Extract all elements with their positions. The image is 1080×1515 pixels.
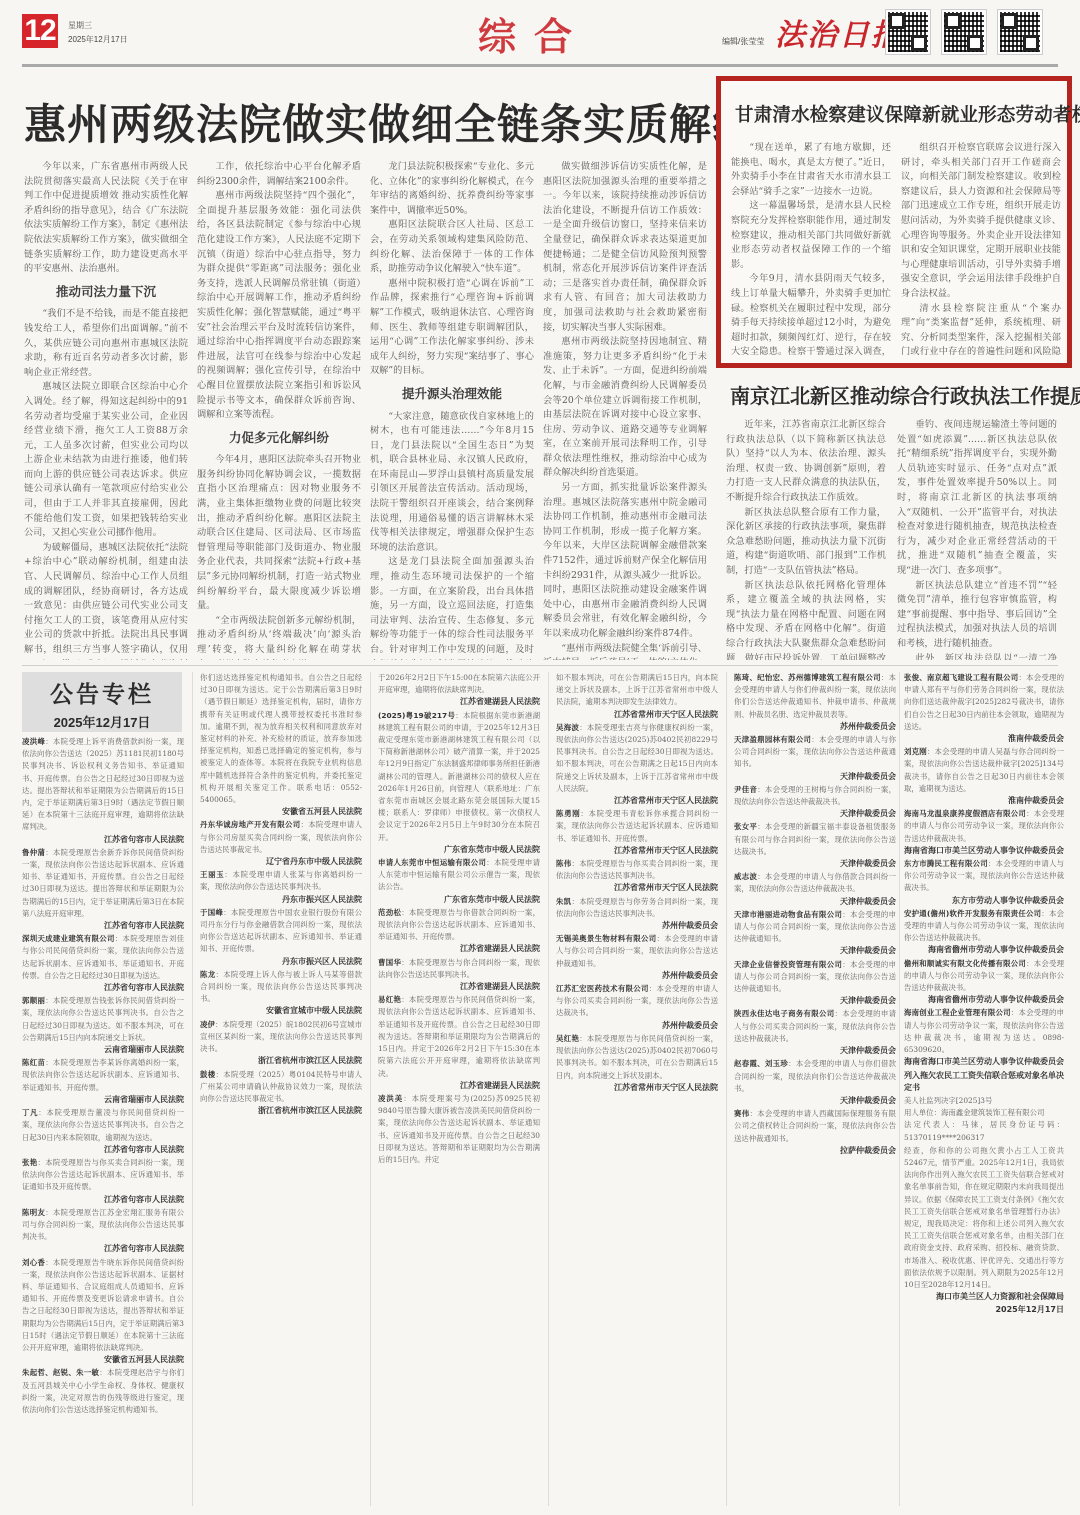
paragraph: 惠州市两级法院坚持因地制宜、精准施策，努力让更多矛盾纠纷“化于未发、止于未诉”。… — [543, 335, 707, 481]
paragraph: 惠阳区法院联合区人社局、区总工会，在劳动关系领域构建集风险防范、纠纷化解、法治保… — [370, 218, 534, 276]
notice-item: 天津盈鼎园林有限公司：本会受理的申请人与你公司合同纠纷一案，现依法向你公告送达仲… — [734, 734, 896, 783]
notice-item: 天津市港丽进动物食品有限公司：本会受理的申请人与你公司合同纠纷一案，现依法向你公… — [734, 909, 896, 958]
page-number: 12 — [22, 14, 58, 48]
notice-addressee: 天津企业信誉投资管理有限公司 — [734, 960, 842, 969]
notice-addressee: 江苏汇宏医药技术有限公司 — [556, 984, 649, 993]
notice-item: 陈伟：本院受理原告与你买卖合同纠纷一案，现依法向你公告送达民事判决书。江苏省常州… — [556, 858, 718, 895]
notice-addressee: 陈琦、纪怡宏、苏州德博建筑工程有限公司 — [734, 673, 881, 682]
notice-body: 本院受理上诉平消费借款纠纷一案，现依法向你公告送达（2025）苏1181民初11… — [22, 737, 184, 831]
notice-body: 美人社监列决字[2025]3号 用人单位：海南鑫金建筑装饰工程有限公司 法定代表… — [904, 1096, 1064, 1142]
notice-body: 本院受理原告钱张诉你民间借贷纠纷一案，现依法向你公告送达民事判决书。自公告之日起… — [22, 996, 184, 1042]
publication-date: 2025年12月17日 — [68, 34, 128, 45]
notice-addressee: 鼓楼 — [200, 1070, 216, 1079]
notice-item: 威志波：本会受理的申请人与你借款合同纠纷一案，现依法向你公告送达仲裁裁决书。天津… — [734, 871, 896, 908]
paragraph: “大家注意，随意砍伐自家林地上的树木，也有可能违法……”今年8月15日，龙门县法… — [370, 410, 534, 556]
notice-item: 凌洪峰：本院受理上诉平消费借款纠纷一案，现依法向你公告送达（2025）苏1181… — [22, 736, 184, 846]
notice-issuer: 天津仲裁委员会 — [734, 896, 896, 908]
notice-addressee: 刘克刚 — [904, 747, 927, 756]
paragraph: 今年以来，广东省惠州市两级人民法院贯彻落实最高人民法院《关于在审判工作中促进提质… — [24, 160, 188, 277]
notice-issuer: 东方市劳动人事争议仲裁委员会 — [904, 895, 1064, 907]
notice-body: 你们送达选择鉴定机构通知书。自公告之日起经过30日即视为送达。定于公告期满后第3… — [200, 673, 362, 804]
notice-issuer: 广东省东莞市中级人民法院 — [378, 894, 540, 906]
editor-credit: 编辑/张莹莹 — [722, 36, 764, 47]
notice-addressee: 天津盈鼎园林有限公司 — [734, 735, 811, 744]
notice-issuer: 拉萨仲裁委员会 — [734, 1145, 896, 1157]
notice-issuer: 丹东市振兴区人民法院 — [200, 894, 362, 906]
notice-issuer: 江苏省常州市天宁区人民法院 — [556, 795, 718, 807]
paragraph: 龙门县法院积极探索“专业化、多元化、立体化”的家事纠纷化解模式，在今年审结的离婚… — [370, 160, 534, 218]
notice-addressee: 凌伊 — [200, 1020, 215, 1029]
paragraph: 新区执法总队整合原有工作力量，深化新区承接的行政执法事项，聚焦群众急难愁盼问题，… — [726, 506, 886, 579]
column-divider — [726, 672, 727, 1506]
notice-item: 范劲松：本院受理原告与你借款合同纠纷一案，现依法向你公告送达起诉状副本、应诉通知… — [378, 907, 540, 956]
notice-body: 本院根据东莞市新港湖林建筑工程有限公司的申请，于2025年12月3日裁定受理东莞… — [378, 711, 540, 842]
notice-addressee: 王丽玉 — [200, 870, 224, 879]
notice-column-title: 公告专栏 — [22, 676, 182, 709]
boxed-story-column-2: 组织召开检察官联席会议进行深入研讨，牵头相关部门召开工作磋商会议，向相关部门制发… — [901, 141, 1061, 361]
notice-issuer: 江苏省句容市人民法院 — [22, 920, 184, 932]
notice-body: 本院受理原告与你民间借贷纠纷一案，现依法向你公告送达起诉状副本、应诉通知书、举证… — [378, 995, 540, 1077]
notice-addressee: 陈红苗 — [22, 1058, 45, 1067]
notice-addressee: 凌洪美 — [378, 1094, 403, 1103]
notice-body: 本院受理原告李某诉你离婚纠纷一案，现依法向你公告送达起诉状副本、应诉通知书、举证… — [22, 1058, 184, 1091]
notice-item: 陈龙：本院受理上诉人你与被上诉人马某等借款合同纠纷一案，现依法向你公告送达民事判… — [200, 969, 362, 1018]
notice-body: 本院受理原告与你劳务合同纠纷一案，现依法向你公告送达民事判决书。 — [556, 897, 718, 918]
notice-title: 列入拖欠农民工工资失信联合惩戒对象名单决定书 — [904, 1070, 1064, 1094]
notice-body: 本院受理张吉亮与你健康权纠纷一案，现依法向你公告送达(2025)苏0402民初8… — [556, 723, 718, 793]
notice-issuer: 海南省海口市美兰区劳动人事争议仲裁委员会 — [904, 1056, 1064, 1068]
notice-body: 本院受理上诉人你与被上诉人马某等借款合同纠纷一案，现依法向你公告送达民事判决书。 — [200, 970, 362, 1003]
second-story-headline: 南京江北新区推动综合行政执法工作提质增效 — [730, 380, 1080, 409]
notice-issuer: 江苏省常州市天宁区人民法院 — [556, 882, 718, 894]
notice-body: 本院受理原告牛晓东诉你民间借贷纠纷一案，现依法向你公告送达起诉状副本、证据材料、… — [22, 1258, 184, 1352]
notice-item: (2025)粤19破217号：本院根据东莞市新港湖林建筑工程有限公司的申请，于2… — [378, 710, 540, 856]
notice-body: 于2026年2月2日下午15:00在本院第六法庭公开开庭审理，逾期将依法缺席判决… — [378, 673, 540, 694]
notice-addressee: 陕西永佳达电子商务有限公司 — [734, 1009, 834, 1018]
notice-item: 凌洪美：本院受理案号为(2025)苏0925民初9840号原告滕大康诉被告凌洪美… — [378, 1093, 540, 1166]
notice-column-header: 公告专栏 2025年12月17日 — [22, 672, 182, 732]
notice-issuer: 天津仲裁委员会 — [734, 1045, 896, 1057]
notice-item: 你们送达选择鉴定机构通知书。自公告之日起经过30日即视为送达。定于公告期满后第3… — [200, 672, 362, 818]
notice-addressee: 东方市腾民工程有限公司 — [904, 859, 988, 868]
notice-item: 安护通(儋州)软件开发服务有限责任公司：本会受理的申请人与你公司劳动争议一案，现… — [904, 908, 1064, 957]
main-story-column-2: 工作，依托综治中心平台化解矛盾纠纷2300余件，调解结案2100余件。惠州市两级… — [197, 160, 361, 660]
main-headline: 惠州两级法院做实做细全链条实质解纷 — [24, 92, 755, 152]
boxed-story: 甘肃清水检察建议保障新就业形态劳动者权益 “现在送单，累了有地方歇脚，还能换电、… — [716, 76, 1072, 368]
notice-item: 2025年12月17日 — [904, 1304, 1064, 1316]
notice-item: 张艳：本院受理原告与你买卖合同纠纷一案，现依法向你公告送达起诉状副本、应诉通知书… — [22, 1157, 184, 1206]
notice-issuer: 苏州仲裁委员会 — [556, 970, 718, 982]
notice-item: 如不服本判决，可在公告期满后15日内，向本院递交上诉状及副本，上诉于江苏省常州市… — [556, 672, 718, 721]
notice-addressee: 陈龙 — [200, 970, 215, 979]
notice-issuer: 淮南仲裁委员会 — [904, 795, 1064, 807]
qr-code-icon — [942, 10, 986, 54]
notice-addressee: 张女平 — [734, 822, 757, 831]
column-divider — [548, 672, 549, 1506]
notice-issuer: 海南省海口市美兰区劳动人事争议仲裁委员会 — [904, 845, 1064, 857]
notice-item: 天津企业信誉投资管理有限公司：本会受理的申请人与你公司合同纠纷一案，现依法向你公… — [734, 959, 896, 1008]
boxed-story-column-1: “现在送单，累了有地方歇脚，还能换电、喝水，真是太方便了。”近日，外卖骑手小李在… — [731, 141, 891, 361]
notice-issuer: 江苏省常州市天宁区人民法院 — [556, 1082, 718, 1094]
notice-addressee: 丁凡 — [22, 1108, 38, 1117]
notice-body: 本院受理原告与你合同纠纷一案，现依法向你公告送达民事判决书。 — [378, 958, 540, 979]
notice-issuer: 苏州仲裁委员会 — [734, 721, 896, 733]
notice-issuer: 浙江省杭州市滨江区人民法院 — [200, 1055, 362, 1067]
notice-issuer: 海口市美兰区人力资源和社会保障局 — [904, 1291, 1064, 1303]
notice-item: 赛伟：本会受理的申请人西藏国际保理服务有限公司之债权转让合同纠纷一案，现依法向你… — [734, 1108, 896, 1157]
notice-body: 本会受理的申请人西藏国际保理服务有限公司之债权转让合同纠纷一案，现依法向你公告送… — [734, 1109, 896, 1142]
notice-item: 无锡美奥景生物材料有限公司：本会受理的申请人与你公司合同纠纷一案，现依法向你公告… — [556, 933, 718, 982]
notice-item: 丹东华诚房地产开发有限公司：本院受理申请人与你公司房屋买卖合同纠纷一案，现依法向… — [200, 819, 362, 868]
notice-issuer: 江苏省建湖县人民法院 — [378, 696, 540, 708]
notice-body: 本院受理原告董凌与你民间借贷纠纷一案，现依法向你公告送达民事判决书。自公告之日起… — [22, 1108, 184, 1141]
subheading: 力促多元化解纠纷 — [197, 431, 361, 446]
notice-column-5: 陈琦、纪怡宏、苏州德博建筑工程有限公司：本会受理的申请人与你们仲裁纠纷一案，现依… — [734, 672, 896, 1506]
notice-addressee: (2025)粤19破217号 — [378, 711, 455, 720]
notice-item: 易红艳：本院受理原告与你民间借贷纠纷一案，现依法向你公告送达起诉状副本、应诉通知… — [378, 994, 540, 1092]
notice-item: 赵春霞、刘玉珍：本会受理的申请人与你们借款合同纠纷一案，现依法向你们公告送达仲裁… — [734, 1058, 896, 1107]
qr-code-icon — [886, 10, 930, 54]
notice-item: 海南创业工程企业管理有限公司：本会受理的申请人与你公司劳动争议一案，现依法向你公… — [904, 1007, 1064, 1068]
paragraph: 惠城区法院立即联合区综治中心介入调处。经了解，得知这起纠纷中的91名劳动者均受雇… — [24, 380, 188, 541]
main-story-column-1: 今年以来，广东省惠州市两级人民法院贯彻落实最高人民法院《关于在审判工作中促进提质… — [24, 160, 188, 660]
main-story-column-3: 龙门县法院积极探索“专业化、多元化、立体化”的家事纠纷化解模式，在今年审结的离婚… — [370, 160, 534, 660]
notice-body: 本会受理的新疆宝福丰泰设备租赁服务有限公司与你合同纠纷一案，现依法向你公告送达裁… — [734, 822, 896, 855]
notice-issuer: 江苏省句容市人民法院 — [22, 1194, 184, 1206]
notice-addressee: 安护通(儋州)软件开发服务有限责任公司 — [904, 909, 1041, 918]
paragraph: 此外，新区执法总队以“一清二净三恢复”为目标，开展建筑工地环境整治提升行动，有效… — [897, 652, 1057, 661]
notice-column-3: 于2026年2月2日下午15:00在本院第六法庭公开开庭审理，逾期将依法缺席判决… — [378, 672, 540, 1506]
subheading: 推动司法力量下沉 — [24, 285, 188, 300]
notice-body: 本院受理原告与你买卖合同纠纷一案，现依法向你公告送达民事判决书。 — [556, 859, 718, 880]
notice-addressee: 陈伟 — [556, 859, 571, 868]
paragraph: 组织召开检察官联席会议进行深入研讨，牵头相关部门召开工作磋商会议，向相关部门制发… — [901, 141, 1061, 302]
notice-body: 本院受理韦青松诉你承揽合同纠纷一案，现依法向你公告送达起诉状副本、应诉通知书、举… — [556, 809, 718, 842]
notice-addressee: 陈勇刚 — [556, 809, 580, 818]
notice-addressee: 尹佳音 — [734, 785, 757, 794]
notice-body: 本会受理的申请人吴磊与你合同纠纷一案，现依法向你公告送达裁仲裁字[2025]13… — [904, 747, 1064, 793]
notice-item: 朱起哲、赵锐、朱一敏：本院受理赵浩宇与你们及五河县城关中心小学生命权、身体权、健… — [22, 1367, 184, 1416]
notice-body: 本院受理原告余新乔诉你民间借贷纠纷一案，现依法向你公告送达起诉状副本、应诉通知书… — [22, 848, 184, 918]
notice-item: 儋州和顺诚实有限文化传播有限公司：本会受理的申请人与你公司劳动争议一案，现依法向… — [904, 958, 1064, 1007]
section-title: 综合 — [478, 6, 590, 61]
paragraph: 为破解僵局，惠城区法院依托“法院+综治中心”联动解纷机制，组建由法官、人民调解员… — [24, 541, 188, 660]
notice-issuer: 海南省儋州市劳动人事争议仲裁委员会 — [904, 994, 1064, 1006]
notice-item: 陈勇刚：本院受理韦青松诉你承揽合同纠纷一案，现依法向你公告送达起诉状副本、应诉通… — [556, 808, 718, 857]
paragraph: 近年来，江苏省南京江北新区综合行政执法总队（以下简称新区执法总队）坚持“以人为本… — [726, 418, 886, 506]
notice-item: 张女平：本会受理的新疆宝福丰泰设备租赁服务有限公司与你合同纠纷一案，现依法向你公… — [734, 821, 896, 870]
paragraph: 新区执法总队建立“首违不罚”“轻微免罚”清单，推行包容审慎监管，构建“事前提醒、… — [897, 579, 1057, 652]
notice-item: 朱凯：本院受理原告与你劳务合同纠纷一案，现依法向你公告送达民事判决书。苏州仲裁委… — [556, 896, 718, 933]
column-divider — [192, 672, 193, 1506]
notice-issuer: 安徽省五河县人民法院 — [200, 806, 362, 818]
notice-addressee: 吴红艳 — [556, 1034, 579, 1043]
notice-addressee: 儋州和顺诚实有限文化传播有限公司 — [904, 959, 1026, 968]
paragraph: “惠州市两级法院健全集‘诉前引导、诉中辅导、诉后疏导’于一体的‘立体化、全流程’… — [543, 642, 707, 660]
paragraph: 新区执法总队依托网格化管理体系，建立覆盖全域的执法网格，实现“执法力量在网格中配… — [726, 579, 886, 660]
notice-body: 本会受理的申请人与你借款合同纠纷一案，现依法向你公告送达仲裁裁决书。 — [734, 872, 896, 893]
paragraph: 工作，依托综治中心平台化解矛盾纠纷2300余件，调解结案2100余件。 — [197, 160, 361, 189]
notice-item: 刘心香：本院受理原告牛晓东诉你民间借贷纠纷一案，现依法向你公告送达起诉状副本、证… — [22, 1257, 184, 1367]
notice-addressee: 海南马龙温泉康养度假酒店有限公司 — [904, 809, 1026, 818]
notice-body: 本院受理原告与你借款合同纠纷一案，现依法向你公告送达起诉状副本、应诉通知书、举证… — [378, 908, 540, 941]
notice-issuer: 安徽省宣城市中级人民法院 — [200, 1005, 362, 1017]
notice-column-4: 如不服本判决，可在公告期满后15日内，向本院递交上诉状及副本，上诉于江苏省常州市… — [556, 672, 718, 1506]
notice-body: 本院受理（2025）粤0104民特号申请人广州某公司申请确认仲裁协议效力一案，现… — [200, 1070, 362, 1103]
notice-item: 于2026年2月2日下午15:00在本院第六法庭公开开庭审理，逾期将依法缺席判决… — [378, 672, 540, 709]
notice-item: 刘克刚：本会受理的申请人吴磊与你合同纠纷一案，现依法向你公告送达裁仲裁字[202… — [904, 746, 1064, 807]
notice-addressee: 丹东华诚房地产开发有限公司 — [200, 820, 300, 829]
notice-item: 吴红艳：本院受理原告与你民间借贷纠纷一案，现依法向你公告送达(2025)苏040… — [556, 1033, 718, 1094]
notice-issuer: 天津仲裁委员会 — [734, 771, 896, 783]
notice-item: 尹佳音：本会受理的王树梅与你合同纠纷一案，现依法向你公告送达仲裁裁决书。天津仲裁… — [734, 784, 896, 821]
paragraph: 惠州市两级法院坚持“四个强化”，全面提升基层服务效能：强化司法供给，各区县法院制… — [197, 189, 361, 423]
notice-issuer: 江苏省常州市天宁区人民法院 — [556, 709, 718, 721]
paragraph: 这一幕温馨场景，是清水县人民检察院充分发挥检察职能作用，通过制发检察建议，推动相… — [731, 199, 891, 272]
notice-issuer: 天津仲裁委员会 — [734, 995, 896, 1007]
masthead: 12 星期三 2025年12月17日 综合 编辑/张莹莹 法治日报 — [0, 0, 1080, 75]
qr-code-icon — [998, 10, 1042, 54]
notice-issuer: 天津仲裁委员会 — [734, 1095, 896, 1107]
notice-item: 美人社监列决字[2025]3号 用人单位：海南鑫金建筑装饰工程有限公司 法定代表… — [904, 1095, 1064, 1144]
notice-issuer: 江苏省常州市天宁区人民法院 — [556, 845, 718, 857]
notice-item: 陈明友：本院受理原告江苏金宏翔汇服务有限公司与你合同纠纷一案，现依法向你公告送达… — [22, 1207, 184, 1256]
notice-item: 深圳天成建业建筑有限公司：本院受理原告刘佳与你公司民间借贷纠纷一案，现依法向你公… — [22, 933, 184, 994]
notice-item: 张俊、南京超飞建设工程有限公司：本会受理的申请人郑有平与你们劳务合同纠纷一案，现… — [904, 672, 1064, 745]
second-story-column-2: 垂钓、夜间违规运输渣土等问题的处置“如虎添翼”……新区执法总队依托“精细系统”指… — [897, 418, 1057, 660]
notice-item: 丁凡：本院受理原告董凌与你民间借贷纠纷一案，现依法向你公告送达民事判决书。自公告… — [22, 1107, 184, 1156]
notice-addressee: 吴海波 — [556, 723, 579, 732]
second-story-column-1: 近年来，江苏省南京江北新区综合行政执法总队（以下简称新区执法总队）坚持“以人为本… — [726, 418, 886, 660]
notice-issuer: 天津仲裁委员会 — [734, 945, 896, 957]
notice-item: 郭顺丽：本院受理原告钱张诉你民间借贷纠纷一案，现依法向你公告送达民事判决书。自公… — [22, 995, 184, 1056]
notice-item: 鲁仲蒲：本院受理原告余新乔诉你民间借贷纠纷一案，现依法向你公告送达起诉状副本、应… — [22, 847, 184, 932]
notice-addressee: 无锡美奥景生物材料有限公司 — [556, 934, 656, 943]
notice-issuer: 辽宁省丹东市中级人民法院 — [200, 856, 362, 868]
notice-issuer: 江苏省句容市人民法院 — [22, 1243, 184, 1255]
notice-item: 陈红苗：本院受理原告李某诉你离婚纠纷一案，现依法向你公告送达起诉状副本、应诉通知… — [22, 1057, 184, 1106]
notice-addressee: 威志波 — [734, 872, 757, 881]
paragraph: 垂钓、夜间违规运输渣土等问题的处置“如虎添翼”……新区执法总队依托“精细系统”指… — [897, 418, 1057, 579]
notice-issuer: 海南省儋州市劳动人事争议仲裁委员会 — [904, 944, 1064, 956]
notice-addressee: 范劲松 — [378, 908, 401, 917]
notice-addressee: 刘心香 — [22, 1258, 45, 1267]
notice-item: 王丽玉：本院受理申请人张某与你离婚纠纷一案，现依法向你公告送达民事判决书。丹东市… — [200, 869, 362, 906]
notice-addressee: 申请人东莞市中恒运输有限公司 — [378, 858, 486, 867]
notice-issuer: 江苏省建湖县人民法院 — [378, 943, 540, 955]
notice-issuer: 2025年12月17日 — [904, 1304, 1064, 1316]
notice-item: 经查，你和你的公司拖欠黄小占工人工资共52467元，情节严重。2025年12月1… — [904, 1145, 1064, 1304]
notice-column-6: 张俊、南京超飞建设工程有限公司：本会受理的申请人郑有平与你们劳务合同纠纷一案，现… — [904, 672, 1064, 1506]
paragraph: 惠州中院积极打造“心调在诉前”工作品牌，探索推行“心理咨询+诉前调解”工作模式，… — [370, 277, 534, 379]
notice-issuer: 安徽省五河县人民法院 — [22, 1354, 184, 1366]
masthead-divider — [22, 64, 1058, 67]
notice-issuer: 苏州仲裁委员会 — [556, 920, 718, 932]
boxed-story-headline: 甘肃清水检察建议保障新就业形态劳动者权益 — [735, 101, 1080, 127]
notice-issuer: 浙江省杭州市滨江区人民法院 — [200, 1105, 362, 1117]
notice-addressee: 曹国华 — [378, 958, 401, 967]
main-story-column-4: 做实做细涉诉信访实质性化解，是惠阳区法院加强源头治理的重要举措之一。今年以来，该… — [543, 160, 707, 660]
notice-item: 陕西永佳达电子商务有限公司：本会受理的申请人与你公司买卖合同纠纷一案，现依法向你… — [734, 1008, 896, 1057]
notice-issuer: 丹东市振兴区人民法院 — [200, 956, 362, 968]
notice-body: 本会受理的王树梅与你合同纠纷一案，现依法向你公告送达仲裁裁决书。 — [734, 785, 896, 806]
paragraph: 做实做细涉诉信访实质性化解，是惠阳区法院加强源头治理的重要举措之一。今年以来，该… — [543, 160, 707, 335]
notice-issuer: 江苏省建湖县人民法院 — [378, 1080, 540, 1092]
notice-addressee: 赛伟 — [734, 1109, 749, 1118]
notice-addressee: 海南创业工程企业管理有限公司 — [904, 1008, 1011, 1017]
subheading: 提升源头治理效能 — [370, 387, 534, 402]
notice-issuer: 江苏省句容市人民法院 — [22, 834, 184, 846]
notice-item: 海南马龙温泉康养度假酒店有限公司：本会受理的申请人与你公司劳动争议一案，现依法向… — [904, 808, 1064, 857]
notice-addressee: 易红艳 — [378, 995, 401, 1004]
notice-body: 本院受理原告与你民间借贷纠纷一案，现依法向你公告送达(2025)苏0402民初7… — [556, 1034, 718, 1080]
notice-addressee: 鲁仲蒲 — [22, 848, 45, 857]
notice-item: 吴海波：本院受理张吉亮与你健康权纠纷一案，现依法向你公告送达(2025)苏040… — [556, 722, 718, 807]
notice-body: 本院受理申请人张某与你离婚纠纷一案，现依法向你公告送达民事判决书。 — [200, 870, 362, 891]
weekday: 星期三 — [68, 20, 92, 31]
notice-body: 本院受理（2025）皖1802民初6号宣城市宣州区某纠纷一案，现依法向你公告送达… — [200, 1020, 362, 1053]
notice-addressee: 陈明友 — [22, 1208, 45, 1217]
paragraph: 另一方面，抓实批量诉讼案件源头治理。惠城区法院落实惠州中院金融司法协同工作机制，… — [543, 481, 707, 642]
notice-item: 江苏汇宏医药技术有限公司：本会受理的申请人与你公司买卖合同纠纷一案，现依法向你公… — [556, 983, 718, 1032]
notice-body: 经查，你和你的公司拖欠黄小占工人工资共52467元，情节严重。2025年12月1… — [904, 1146, 1064, 1289]
notice-issuer: 云南省瑞丽市人民法院 — [22, 1044, 184, 1056]
notice-item: 东方市腾民工程有限公司：本会受理的申请人与你公司劳动争议一案，现依法向你公告送达… — [904, 858, 1064, 907]
notice-column-1: 凌洪峰：本院受理上诉平消费借款纠纷一案，现依法向你公告送达（2025）苏1181… — [22, 736, 184, 1506]
paragraph: “全市两级法院创新多元解纷机制，推动矛盾纠纷从‘终端裁决’向‘源头治理’转变，将… — [197, 614, 361, 660]
notice-body: 本院受理原告江苏金宏翔汇服务有限公司与你合同纠纷一案，现依法向你公告送达民事判决… — [22, 1208, 184, 1241]
section-divider — [22, 665, 1058, 666]
notice-body: 本院受理原告与你买卖合同纠纷一案，现依法向你公告送达起诉状副本、应诉通知书、举证… — [22, 1158, 184, 1191]
column-divider — [370, 672, 371, 1506]
notice-issuer: 天津仲裁委员会 — [734, 808, 896, 820]
paragraph: 清水县检察院注重从“个案办理”向“类案监督”延伸，系统梳理、研究、分析同类型案件… — [901, 302, 1061, 361]
notice-issuer: 云南省瑞丽市人民法院 — [22, 1094, 184, 1106]
notice-body: 如不服本判决，可在公告期满后15日内，向本院递交上诉状及副本，上诉于江苏省常州市… — [556, 673, 718, 706]
notice-addressee: 朱凯 — [556, 897, 571, 906]
notice-issuer: 广东省东莞市中级人民法院 — [378, 844, 540, 856]
notice-issuer: 天津仲裁委员会 — [734, 858, 896, 870]
notice-body: 本院受理原告中国农业银行股份有限公司丹东分行与你金融借款合同纠纷一案，现依法向你… — [200, 908, 362, 954]
notice-item: 于国峰：本院受理原告中国农业银行股份有限公司丹东分行与你金融借款合同纠纷一案，现… — [200, 907, 362, 968]
notice-item: 鼓楼：本院受理（2025）粤0104民特号申请人广州某公司申请确认仲裁协议效力一… — [200, 1069, 362, 1118]
notice-addressee: 张俊、南京超飞建设工程有限公司 — [904, 673, 1018, 682]
notice-addressee: 张艳 — [22, 1158, 37, 1167]
notice-body: 本院受理案号为(2025)苏0925民初9840号原告滕大康诉被告凌洪美民间借贷… — [378, 1094, 540, 1164]
notice-item: 凌伊：本院受理（2025）皖1802民初6号宣城市宣州区某纠纷一案，现依法向你公… — [200, 1019, 362, 1068]
notice-item: 陈琦、纪怡宏、苏州德博建筑工程有限公司：本会受理的申请人与你们仲裁纠纷一案，现依… — [734, 672, 896, 733]
notice-addressee: 于国峰 — [200, 908, 223, 917]
newspaper-logo: 法治日报 — [775, 10, 903, 54]
notice-issuer: 淮南仲裁委员会 — [904, 733, 1064, 745]
notice-addressee: 凌洪峰 — [22, 737, 45, 746]
paragraph: 今年9月，清水县阴雨天气较多，线上订单量大幅攀升，外卖骑手更加忙碌。检察机关在履… — [731, 272, 891, 361]
notice-addressee: 天津市港丽进动物食品有限公司 — [734, 910, 842, 919]
notice-item: 曹国华：本院受理原告与你合同纠纷一案，现依法向你公告送达民事判决书。江苏省建湖县… — [378, 957, 540, 994]
notice-issuer: 江苏省建湖县人民法院 — [378, 981, 540, 993]
notice-addressee: 深圳天成建业建筑有限公司 — [22, 934, 115, 943]
paragraph: “现在送单，累了有地方歇脚，还能换电、喝水，真是太方便了。”近日，外卖骑手小李在… — [731, 141, 891, 199]
paragraph: 今年4月，惠阳区法院牵头召开物业服务纠纷协同化解协调会议，一揽数据直指小区治理痛… — [197, 453, 361, 614]
notice-addressee: 郭顺丽 — [22, 996, 45, 1005]
notice-column-2: 你们送达选择鉴定机构通知书。自公告之日起经过30日即视为送达。定于公告期满后第3… — [200, 672, 362, 1506]
notice-item: 列入拖欠农民工工资失信联合惩戒对象名单决定书 — [904, 1070, 1064, 1094]
notice-column-date: 2025年12月17日 — [22, 712, 182, 731]
paragraph: “我们不是不给钱，而是不能直接把钱发给工人，希望你们出面调解。”前不久，某供应链… — [24, 307, 188, 380]
paragraph: 这是龙门县法院全面加强源头治理，推动生态环境司法保护的一个缩影。一方面，在立案阶… — [370, 555, 534, 660]
notice-addressee: 赵春霞、刘玉珍 — [734, 1059, 788, 1068]
notice-issuer: 江苏省句容市人民法院 — [22, 982, 184, 994]
notice-item: 申请人东莞市中恒运输有限公司：本院受理申请人东莞市中恒运输有限公司公示催告一案，… — [378, 857, 540, 906]
notice-issuer: 江苏省句容市人民法院 — [22, 1144, 184, 1156]
notice-addressee: 朱起哲、赵锐、朱一敏 — [22, 1368, 99, 1377]
column-divider — [899, 672, 900, 1506]
notice-issuer: 苏州仲裁委员会 — [556, 1020, 718, 1032]
